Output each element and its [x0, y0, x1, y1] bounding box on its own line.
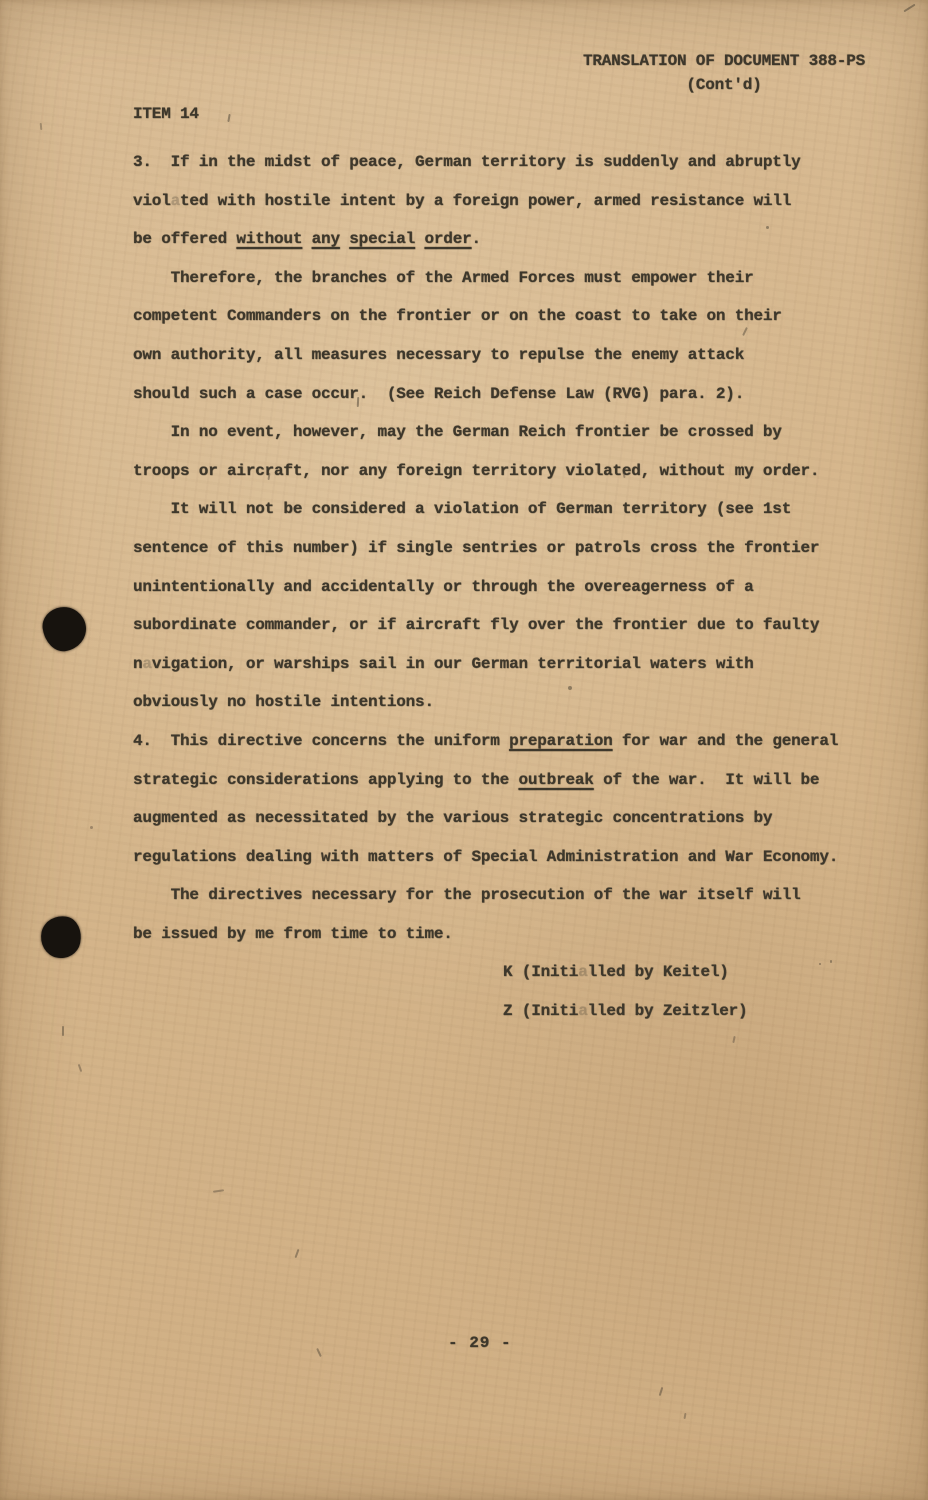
- body-line: 3. If in the midst of peace, German terr…: [133, 143, 838, 182]
- text-segment: lled by Keitel): [588, 963, 729, 981]
- text-segment: viol: [133, 192, 171, 210]
- text-segment: ted with hostile intent by a foreign pow…: [180, 192, 791, 210]
- underlined-text: special: [349, 230, 415, 248]
- text-segment: K (Initi: [503, 963, 578, 981]
- text-segment: be offered: [133, 230, 236, 248]
- text-segment: a: [171, 192, 180, 210]
- text-segment: 3. If in the midst of peace, German terr…: [133, 153, 801, 171]
- stray-mark: [213, 1189, 224, 1193]
- hole-punch-top: [40, 604, 89, 654]
- text-segment: It will not be considered a violation of…: [133, 500, 791, 518]
- document-header: TRANSLATION OF DOCUMENT 388-PS (Cont'd): [576, 50, 872, 97]
- stray-mark: [78, 1064, 83, 1072]
- document-continued-label: (Cont'd): [576, 74, 872, 98]
- text-segment: The directives necessary for the prosecu…: [133, 886, 801, 904]
- text-segment: strategic considerations applying to the: [133, 771, 518, 789]
- text-segment: Therefore, the branches of the Armed For…: [133, 269, 754, 287]
- stray-mark: [62, 1026, 64, 1036]
- body-line: The directives necessary for the prosecu…: [133, 876, 838, 915]
- body-line: It will not be considered a violation of…: [133, 490, 838, 529]
- body-line: be offered without any special order.: [133, 220, 838, 259]
- document-title: TRANSLATION OF DOCUMENT 388-PS: [576, 50, 872, 74]
- stray-mark: [316, 1348, 322, 1357]
- text-segment: own authority, all measures necessary to…: [133, 346, 744, 364]
- scanned-document-page: TRANSLATION OF DOCUMENT 388-PS (Cont'd) …: [0, 0, 928, 1500]
- underlined-text: outbreak: [518, 771, 593, 789]
- stray-mark: [683, 1413, 686, 1419]
- text-segment: a: [578, 963, 587, 981]
- body-line: violated with hostile intent by a foreig…: [133, 182, 838, 221]
- text-segment: [302, 230, 311, 248]
- stray-mark: [766, 226, 769, 229]
- text-segment: unintentionally and accidentally or thro…: [133, 578, 754, 596]
- text-segment: competent Commanders on the frontier or …: [133, 307, 782, 325]
- body-line: should such a case occur. (See Reich Def…: [133, 375, 838, 414]
- text-segment: obviously no hostile intentions.: [133, 693, 434, 711]
- body-line: In no event, however, may the German Rei…: [133, 413, 838, 452]
- signature-line-zeitzler: Z (Initialled by Zeitzler): [133, 992, 838, 1031]
- signature-line-keitel: K (Initialled by Keitel): [133, 953, 838, 992]
- underlined-text: preparation: [509, 732, 612, 750]
- text-segment: regulations dealing with matters of Spec…: [133, 848, 838, 866]
- stray-mark: [40, 123, 43, 130]
- text-segment: a: [578, 1002, 587, 1020]
- text-segment: sentence of this number) if single sentr…: [133, 539, 819, 557]
- body-line: competent Commanders on the frontier or …: [133, 297, 838, 336]
- body-line: own authority, all measures necessary to…: [133, 336, 838, 375]
- stray-mark: [903, 4, 915, 13]
- body-line: 4. This directive concerns the uniform p…: [133, 722, 838, 761]
- text-segment: Z (Initi: [503, 1002, 578, 1020]
- body-line: unintentionally and accidentally or thro…: [133, 568, 838, 607]
- body-line: navigation, or warships sail in our Germ…: [133, 645, 838, 684]
- stray-mark: [732, 1036, 735, 1043]
- stray-mark: [227, 114, 230, 122]
- text-segment: n: [133, 655, 142, 673]
- document-body: 3. If in the midst of peace, German terr…: [133, 143, 838, 1031]
- hole-punch-bottom: [37, 912, 85, 961]
- underlined-text: order: [424, 230, 471, 248]
- text-segment: troops or aircraft, nor any foreign terr…: [133, 462, 819, 480]
- stray-mark: [819, 963, 821, 965]
- stray-mark: [568, 686, 572, 690]
- text-segment: be issued by me from time to time.: [133, 925, 453, 943]
- text-segment: vigation, or warships sail in our German…: [152, 655, 754, 673]
- page-number: - 29 -: [448, 1334, 512, 1352]
- body-line: augmented as necessitated by the various…: [133, 799, 838, 838]
- body-line: strategic considerations applying to the…: [133, 761, 838, 800]
- underlined-text: any: [312, 230, 340, 248]
- body-line: Therefore, the branches of the Armed For…: [133, 259, 838, 298]
- body-line: obviously no hostile intentions.: [133, 683, 838, 722]
- stray-mark: [90, 826, 93, 829]
- body-line: subordinate commander, or if aircraft fl…: [133, 606, 838, 645]
- body-line: troops or aircraft, nor any foreign terr…: [133, 452, 838, 491]
- text-segment: of the war. It will be: [594, 771, 820, 789]
- text-segment: subordinate commander, or if aircraft fl…: [133, 616, 819, 634]
- text-segment: In no event, however, may the German Rei…: [133, 423, 782, 441]
- text-segment: lled by Zeitzler): [588, 1002, 748, 1020]
- text-segment: augmented as necessitated by the various…: [133, 809, 772, 827]
- text-segment: .: [472, 230, 481, 248]
- stray-mark: [830, 960, 832, 963]
- text-segment: for war and the general: [613, 732, 839, 750]
- underlined-text: without: [236, 230, 302, 248]
- item-label: ITEM 14: [133, 105, 199, 123]
- text-segment: 4. This directive concerns the uniform: [133, 732, 509, 750]
- text-segment: a: [142, 655, 151, 673]
- stray-mark: [659, 1387, 664, 1396]
- body-line: sentence of this number) if single sentr…: [133, 529, 838, 568]
- text-segment: should such a case occur. (See Reich Def…: [133, 385, 744, 403]
- stray-mark: [295, 1249, 300, 1258]
- body-line: regulations dealing with matters of Spec…: [133, 838, 838, 877]
- body-line: be issued by me from time to time.: [133, 915, 838, 954]
- text-segment: [340, 230, 349, 248]
